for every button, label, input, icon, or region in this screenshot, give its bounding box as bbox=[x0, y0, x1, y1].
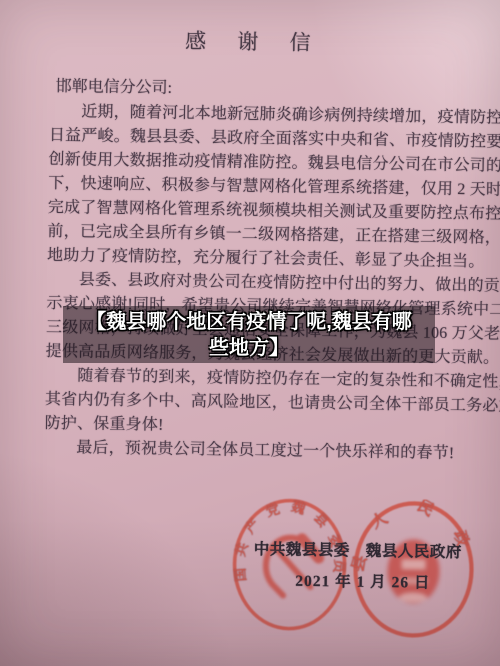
letter-body-line: 最后，预祝贵公司全体员工度过一个快乐祥和的春节! bbox=[44, 436, 450, 466]
letter-salutation: 邯郸电信分公司: bbox=[55, 73, 172, 98]
party-seal: 中国共产党魏县委员会 bbox=[224, 494, 356, 636]
letter-title: 感 谢 信 bbox=[4, 22, 500, 59]
caption-overlay: 【魏县哪个地区有疫情了呢,魏县有哪 些地方】 bbox=[63, 306, 435, 363]
letter-body: 近期，随着河北本地新冠肺炎确诊病例持续增加，疫情防控形势日益严峻。魏县县委、县政… bbox=[44, 100, 455, 466]
date-line: 2021 年 1 月 26 日 bbox=[295, 569, 430, 593]
caption-line-1: 【魏县哪个地区有疫情了呢,魏县有哪 bbox=[86, 309, 412, 335]
letter-photo: 感 谢 信 邯郸电信分公司: 近期，随着河北本地新冠肺炎确诊病例持续增加，疫情防… bbox=[0, 0, 500, 666]
caption-line-2: 些地方】 bbox=[209, 335, 289, 361]
signature-line: 中共魏县县委 魏县人民政府 bbox=[254, 537, 462, 562]
